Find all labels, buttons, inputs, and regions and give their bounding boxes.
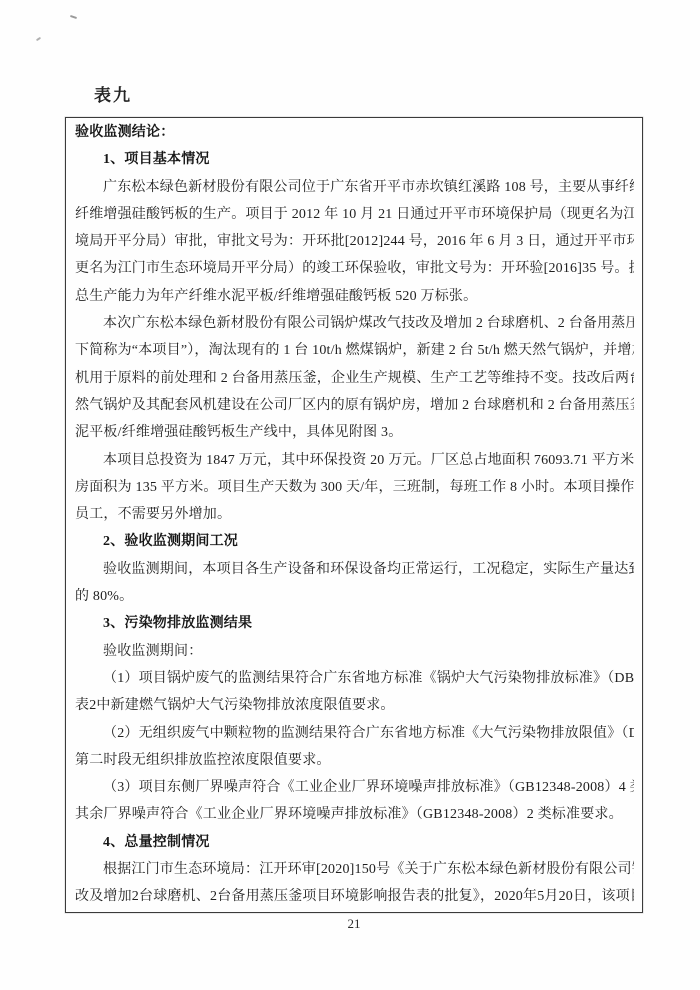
text-line: 验收监测期间，本项目各生产设备和环保设备均正常运行，工况稳定，实际生产量达到设计… (75, 556, 634, 583)
text-line: 验收监测结论： (75, 119, 634, 146)
text-line: 总生产能力为年产纤维水泥平板/纤维增强硅酸钙板 520 万标张。 (75, 283, 634, 310)
text-line: 根据江门市生态环境局：江开环审[2020]150号《关于广东松本绿色新材股份有限… (75, 856, 634, 883)
text-line: 3、污染物排放监测结果 (75, 610, 634, 637)
text-line: 房面积为 135 平方米。项目生产天数为 300 天/年，三班制，每班工作 8 … (75, 474, 634, 501)
text-line: 纤维增强硅酸钙板的生产。项目于 2012 年 10 月 21 日通过开平市环境保… (75, 201, 634, 228)
scan-speck-mark (70, 15, 77, 19)
text-line: 的 80%。 (75, 583, 634, 610)
document-body: 验收监测结论：1、项目基本情况广东松本绿色新材股份有限公司位于广东省开平市赤坎镇… (75, 119, 634, 911)
page-number: 21 (65, 916, 643, 932)
scan-speck-mark (36, 37, 41, 42)
text-line: （2）无组织废气中颗粒物的监测结果符合广东省地方标准《大气污染物排放限值》（DB… (75, 720, 634, 747)
text-line: 泥平板/纤维增强硅酸钙板生产线中，具体见附图 3。 (75, 419, 634, 446)
text-line: 本次广东松本绿色新材股份有限公司锅炉煤改气技改及增加 2 台球磨机、2 台备用蒸… (75, 310, 634, 337)
text-line: 广东松本绿色新材股份有限公司位于广东省开平市赤坎镇红溪路 108 号，主要从事纤… (75, 174, 634, 201)
table-label: 表九 (94, 81, 132, 106)
text-line: 境局开平分局）审批，审批文号为：开环批[2012]244 号，2016 年 6 … (75, 228, 634, 255)
text-line: 1、项目基本情况 (75, 146, 634, 173)
text-line: 更名为江门市生态环境局开平分局）的竣工环保验收，审批文号为：开环验[2016]3… (75, 255, 634, 282)
text-line: 本项目总投资为 1847 万元，其中环保投资 20 万元。厂区总占地面积 760… (75, 447, 634, 474)
text-line: 机用于原料的前处理和 2 台备用蒸压釜，企业生产规模、生产工艺等维持不变。技改后… (75, 365, 634, 392)
text-line: 验收监测期间： (75, 638, 634, 665)
text-line: 员工，不需要另外增加。 (75, 501, 634, 528)
text-line: 然气锅炉及其配套风机建设在公司厂区内的原有锅炉房，增加 2 台球磨机和 2 台备… (75, 392, 634, 419)
document-frame: 验收监测结论：1、项目基本情况广东松本绿色新材股份有限公司位于广东省开平市赤坎镇… (65, 117, 643, 913)
text-line: 4、总量控制情况 (75, 829, 634, 856)
text-line: 改及增加2台球磨机、2台备用蒸压釜项目环境影响报告表的批复》，2020年5月20… (75, 883, 634, 910)
text-line: 下简称为“本项目”），淘汰现有的 1 台 10t/h 燃煤锅炉，新建 2 台 5… (75, 337, 634, 364)
text-line: （1）项目锅炉废气的监测结果符合广东省地方标准《锅炉大气污染物排放标准》（DB4… (75, 665, 634, 692)
text-line: 第二时段无组织排放监控浓度限值要求。 (75, 747, 634, 774)
scanned-page: 表九 验收监测结论：1、项目基本情况广东松本绿色新材股份有限公司位于广东省开平市… (0, 0, 700, 990)
text-line: 2、验收监测期间工况 (75, 528, 634, 555)
text-line: 其余厂界噪声符合《工业企业厂界环境噪声排放标准》（GB12348-2008）2 … (75, 801, 634, 828)
text-line: 表2中新建燃气锅炉大气污染物排放浓度限值要求。 (75, 692, 634, 719)
text-line: （3）项目东侧厂界噪声符合《工业企业厂界环境噪声排放标准》（GB12348-20… (75, 774, 634, 801)
